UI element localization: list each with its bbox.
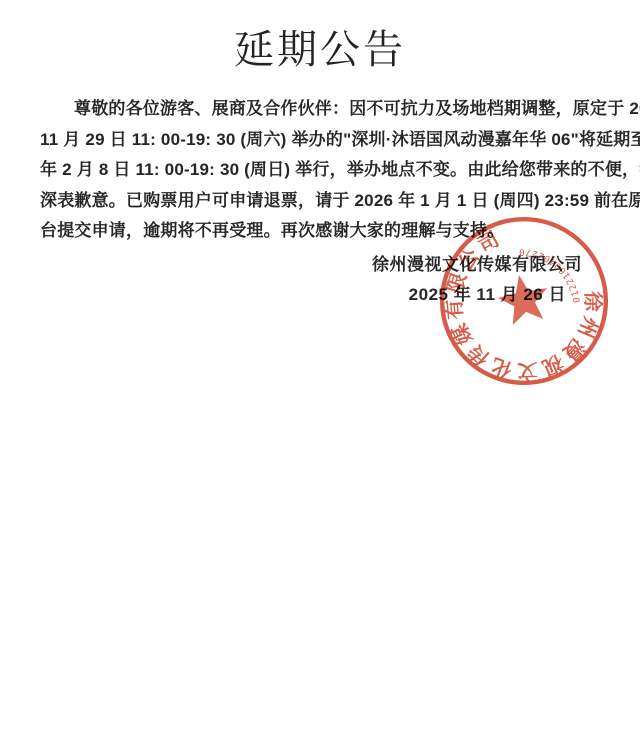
announcement-body: 尊敬的各位游客、展商及合作伙伴：因不可抗力及场地档期调整，原定于 2025 年 … — [40, 94, 606, 247]
signature-date: 2025 年 11 月 26 日 — [409, 280, 640, 310]
document-title: 延期公告 — [0, 0, 640, 75]
body-line-4: 深表歉意。已购票用户可申请退票，请于 2026 年 1 月 1 日 (周四) 2… — [40, 186, 606, 217]
body-line-2: 11 月 29 日 11: 00-19: 30 (周六) 举办的"深圳·沐语国风… — [40, 125, 606, 156]
signature-company-name: 徐州漫视文化传媒有限公司 — [372, 250, 640, 280]
signature-block: 徐州漫视文化传媒有限公司 2025 年 11 月 26 日 — [320, 250, 640, 310]
body-line-1: 尊敬的各位游客、展商及合作伙伴：因不可抗力及场地档期调整，原定于 2025 年 — [40, 94, 606, 125]
announcement-document: 延期公告 尊敬的各位游客、展商及合作伙伴：因不可抗力及场地档期调整，原定于 20… — [0, 0, 640, 743]
body-line-5: 台提交申请，逾期将不再受理。再次感谢大家的理解与支持。 — [40, 216, 606, 247]
body-line-3: 年 2 月 8 日 11: 00-19: 30 (周日) 举行，举办地点不变。由… — [40, 155, 606, 186]
